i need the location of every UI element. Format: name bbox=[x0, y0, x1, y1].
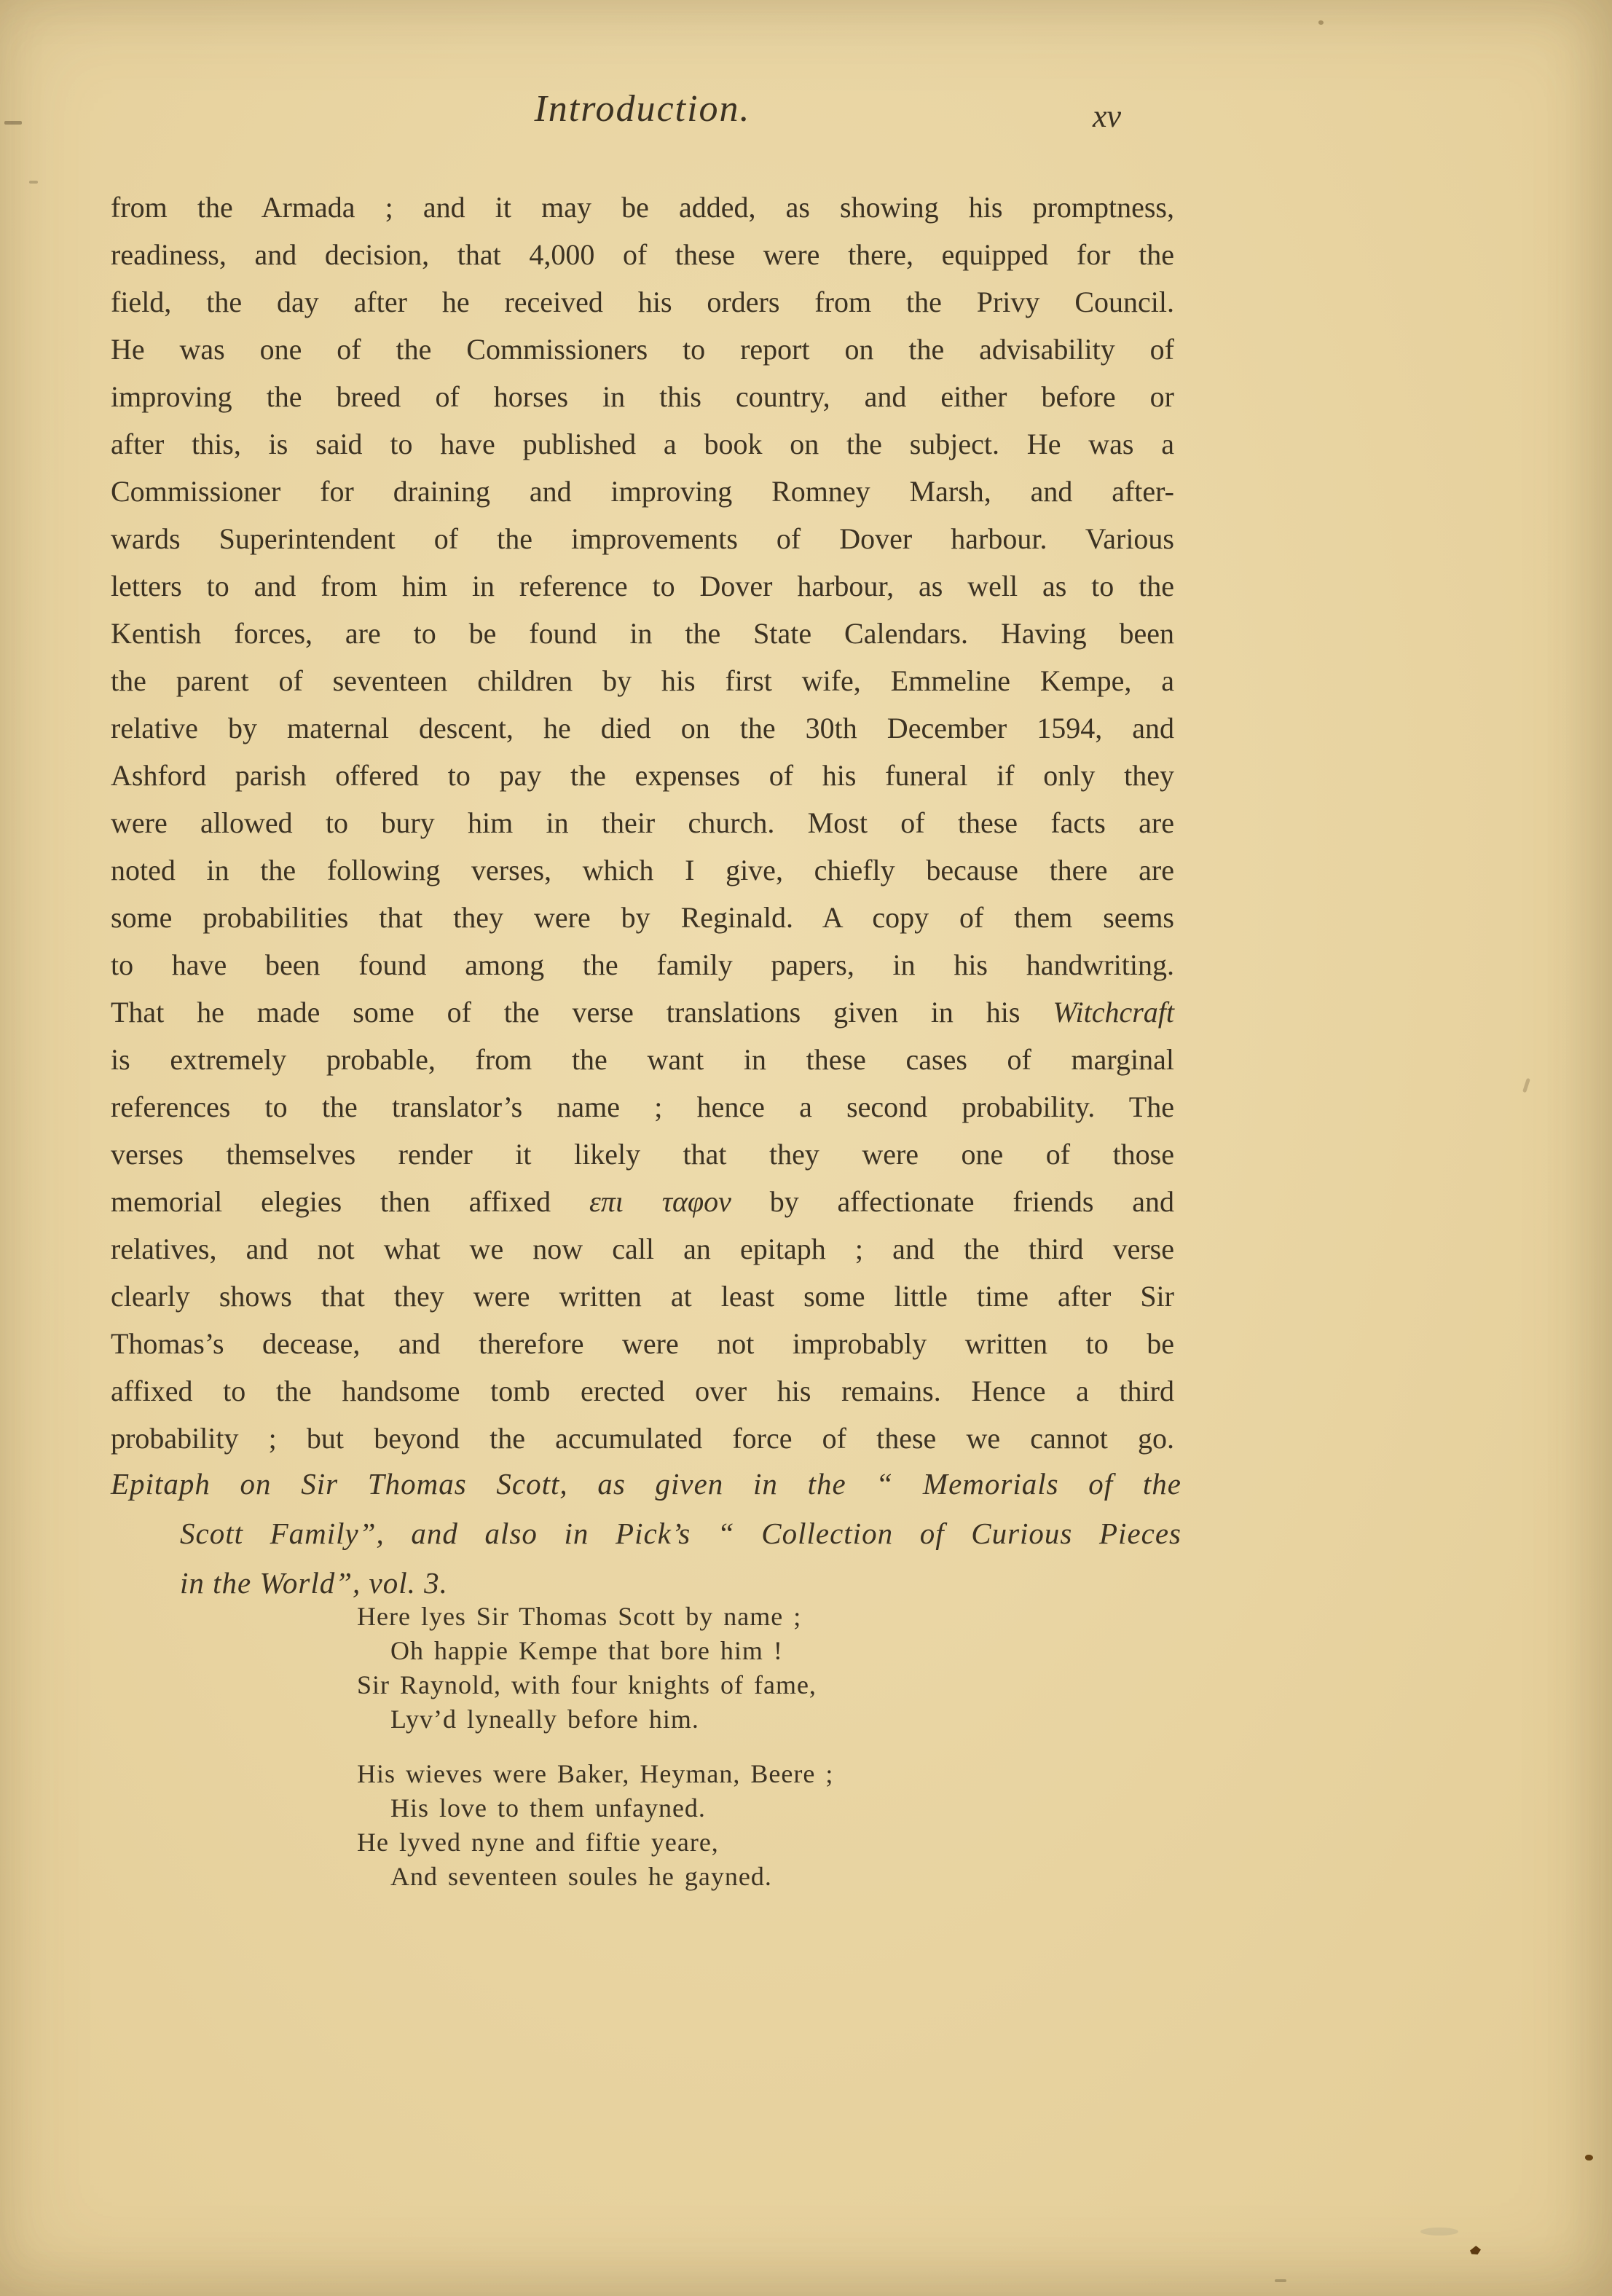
book-page: Introduction. xv from the Armada ; and i… bbox=[0, 0, 1612, 2296]
italic-phrase: επι ταφον bbox=[589, 1185, 731, 1218]
italic-phrase: Witchcraft bbox=[1053, 996, 1174, 1029]
body-text-line: readiness, and decision, that 4,000 of t… bbox=[111, 231, 1174, 278]
verse-line: His love to them unfayned. bbox=[111, 1791, 1174, 1825]
page-title: Introduction. bbox=[111, 87, 1174, 130]
scan-speck bbox=[1275, 2279, 1286, 2282]
body-text-line: probability ; but beyond the accumulated… bbox=[111, 1415, 1174, 1462]
page-number: xv bbox=[1093, 98, 1180, 135]
epitaph-heading-line: Epitaph on Sir Thomas Scott, as given in… bbox=[111, 1459, 1182, 1509]
body-text-line: Ashford parish offered to pay the expens… bbox=[111, 752, 1174, 799]
verse-line: Oh happie Kempe that bore him ! bbox=[111, 1634, 1174, 1668]
body-text-line: relatives, and not what we now call an e… bbox=[111, 1225, 1174, 1273]
body-text-line: after this, is said to have published a … bbox=[111, 420, 1174, 468]
body-text-line: That he made some of the verse translati… bbox=[111, 988, 1174, 1036]
body-text-line: references to the translator’s name ; he… bbox=[111, 1083, 1174, 1131]
scan-speck bbox=[1318, 20, 1324, 25]
body-text-line: relative by maternal descent, he died on… bbox=[111, 704, 1174, 752]
scan-speck bbox=[1522, 1078, 1530, 1093]
verse-line: He lyved nyne and fiftie yeare, bbox=[111, 1825, 1174, 1860]
scan-speck bbox=[1470, 2246, 1481, 2254]
body-text-line: Kentish forces, are to be found in the S… bbox=[111, 610, 1174, 657]
verse-stanza-1: Here lyes Sir Thomas Scott by name ;Oh h… bbox=[111, 1600, 1174, 1737]
text-segment: That he made some of the verse translati… bbox=[111, 996, 1053, 1029]
body-text-line: were allowed to bury him in their church… bbox=[111, 799, 1174, 846]
body-text-line: noted in the following verses, which I g… bbox=[111, 846, 1174, 894]
verse-line: Here lyes Sir Thomas Scott by name ; bbox=[111, 1600, 1174, 1634]
body-text-line: wards Superintendent of the improvements… bbox=[111, 515, 1174, 562]
verse-stanza-2: His wieves were Baker, Heyman, Beere ;Hi… bbox=[111, 1757, 1174, 1894]
body-text-line: clearly shows that they were written at … bbox=[111, 1273, 1174, 1320]
body-text-line: memorial elegies then affixed επι ταφον … bbox=[111, 1178, 1174, 1225]
body-text-line: verses themselves render it likely that … bbox=[111, 1131, 1174, 1178]
body-text-line: letters to and from him in reference to … bbox=[111, 562, 1174, 610]
body-text-line: improving the breed of horses in this co… bbox=[111, 373, 1174, 420]
body-text-line: field, the day after he received his ord… bbox=[111, 278, 1174, 326]
epitaph-heading: Epitaph on Sir Thomas Scott, as given in… bbox=[111, 1459, 1182, 1608]
body-text-line: Commissioner for draining and improving … bbox=[111, 468, 1174, 515]
text-segment: memorial elegies then affixed bbox=[111, 1185, 589, 1218]
scan-speck bbox=[1585, 2155, 1593, 2161]
body-text: from the Armada ; and it may be added, a… bbox=[111, 184, 1174, 1462]
body-text-line: He was one of the Commissioners to repor… bbox=[111, 326, 1174, 373]
scan-smudge bbox=[1420, 2228, 1458, 2236]
body-text-line: some probabilities that they were by Reg… bbox=[111, 894, 1174, 941]
epitaph-heading-line: Scott Family”, and also in Pick’s “ Coll… bbox=[111, 1509, 1182, 1558]
verse-line: And seventeen soules he gayned. bbox=[111, 1860, 1174, 1894]
body-text-line: from the Armada ; and it may be added, a… bbox=[111, 184, 1174, 231]
scan-speck bbox=[29, 181, 38, 184]
verse-line: Sir Raynold, with four knights of fame, bbox=[111, 1668, 1174, 1702]
body-text-line: affixed to the handsome tomb erected ove… bbox=[111, 1367, 1174, 1415]
body-text-line: the parent of seventeen children by his … bbox=[111, 657, 1174, 704]
body-text-line: Thomas’s decease, and therefore were not… bbox=[111, 1320, 1174, 1367]
verse-line: His wieves were Baker, Heyman, Beere ; bbox=[111, 1757, 1174, 1791]
verse-line: Lyv’d lyneally before him. bbox=[111, 1702, 1174, 1737]
body-text-line: is extremely probable, from the want in … bbox=[111, 1036, 1174, 1083]
body-text-line: to have been found among the family pape… bbox=[111, 941, 1174, 988]
text-segment: by affectionate friends and bbox=[731, 1185, 1174, 1218]
scan-speck bbox=[4, 121, 22, 125]
